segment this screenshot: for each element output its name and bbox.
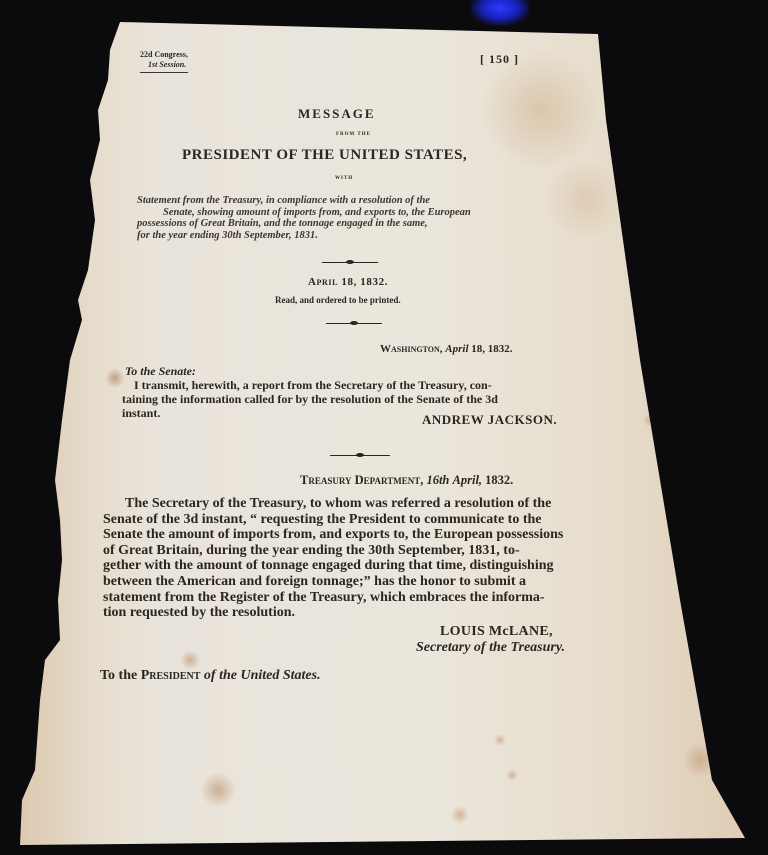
dateline-month: April, bbox=[453, 473, 483, 487]
signature-title: Secretary of the Treasury. bbox=[416, 640, 565, 656]
session-label: 1st Session. bbox=[140, 60, 188, 70]
addressee-suffix: of the United States. bbox=[204, 668, 321, 683]
addressee-prefix: To the bbox=[100, 668, 137, 683]
letter2-dateline: Treasury Department, 16th April, 1832. bbox=[300, 473, 513, 488]
addressee-office: President bbox=[141, 668, 201, 683]
body-line: statement from the Register of the Treas… bbox=[103, 590, 623, 606]
dateline-year: 1832. bbox=[485, 473, 513, 487]
addressee-line: To the President of the United States. bbox=[100, 668, 321, 684]
body-line: tion requested by the resolution. bbox=[103, 605, 623, 621]
body-line: of Great Britain, during the year ending… bbox=[103, 543, 623, 559]
body-line: Senate of the 3d instant, “ requesting t… bbox=[103, 512, 623, 528]
with-label: WITH bbox=[335, 176, 353, 181]
ornamental-rule bbox=[330, 455, 390, 456]
signature-jackson: ANDREW JACKSON. bbox=[422, 412, 557, 428]
order-date: April 18, 1832. bbox=[308, 276, 388, 288]
congress-session-label: 22d Congress, 1st Session. bbox=[140, 50, 188, 73]
statement-summary: Statement from the Treasury, in complian… bbox=[137, 195, 567, 241]
body-line: taining the information called for by th… bbox=[122, 392, 602, 406]
document-title: MESSAGE bbox=[298, 106, 376, 122]
body-line: gether with the amount of tonnage engage… bbox=[103, 558, 623, 574]
statement-line: possessions of Great Britain, and the to… bbox=[137, 218, 567, 230]
dateline-place: Treasury Department, bbox=[300, 473, 423, 487]
dateline-date: 18, 1832. bbox=[471, 343, 512, 355]
document-number: [ 150 ] bbox=[480, 52, 519, 67]
president-heading: PRESIDENT OF THE UNITED STATES, bbox=[182, 147, 467, 164]
from-the-label: FROM THE bbox=[336, 132, 371, 137]
body-line: Senate the amount of imports from, and e… bbox=[103, 527, 623, 543]
signature-mclane: LOUIS McLANE, bbox=[440, 624, 553, 640]
body-line: between the American and foreign tonnage… bbox=[103, 574, 623, 590]
dateline-month: April bbox=[445, 343, 468, 355]
congress-label: 22d Congress, bbox=[140, 50, 188, 60]
statement-line: Statement from the Treasury, in complian… bbox=[137, 195, 567, 207]
dateline-place: Washington, bbox=[380, 343, 443, 355]
order-note: Read, and ordered to be printed. bbox=[275, 295, 401, 305]
statement-line: Senate, showing amount of imports from, … bbox=[137, 207, 567, 219]
salutation: To the Senate: bbox=[125, 364, 196, 379]
letter1-dateline: Washington, April 18, 1832. bbox=[380, 343, 513, 355]
body-line: I transmit, herewith, a report from the … bbox=[122, 378, 602, 392]
ornamental-rule bbox=[326, 323, 382, 324]
document-content: 22d Congress, 1st Session. [ 150 ] MESSA… bbox=[0, 0, 768, 855]
body-line: The Secretary of the Treasury, to whom w… bbox=[103, 496, 623, 512]
dateline-day: 16th bbox=[426, 473, 449, 487]
statement-line: for the year ending 30th September, 1831… bbox=[137, 230, 567, 242]
ornamental-rule bbox=[322, 262, 378, 263]
letter2-body: The Secretary of the Treasury, to whom w… bbox=[103, 496, 623, 621]
